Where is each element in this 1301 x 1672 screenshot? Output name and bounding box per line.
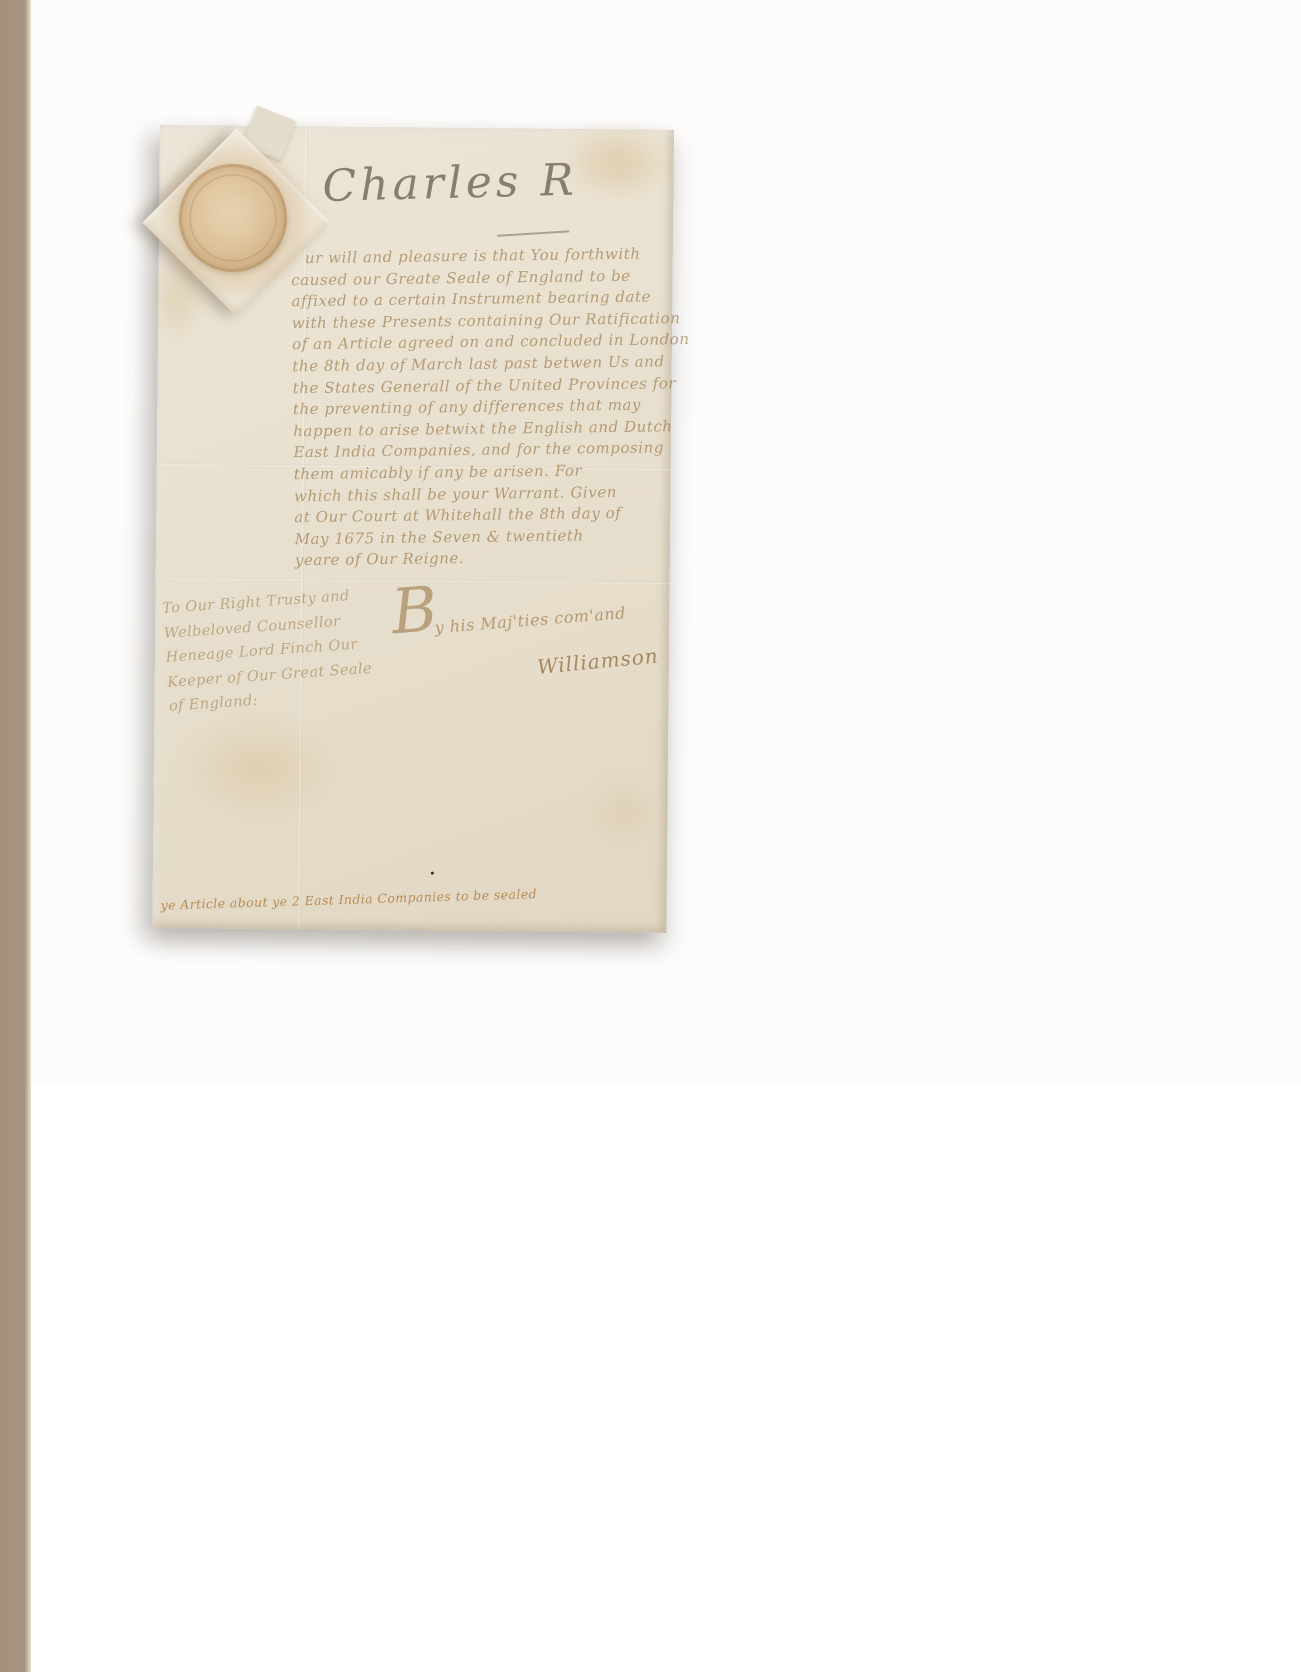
wax-seal-icon [179,164,287,272]
body-line: yeare of Our Reigne. [295,545,693,572]
address-block: To Our Right Trusty and Welbeloved Couns… [161,583,374,719]
authorization-line: B y his Maj'ties com'and [389,563,626,643]
secretary-signature: Williamson [536,643,660,678]
stain-bottom-left [171,710,347,827]
signature-flourish [497,222,569,236]
body-text-block: ur will and pleasure is that You forthwi… [291,243,693,572]
byline-text: y his Maj'ties com'and [434,601,627,640]
stain-bottom-right [581,777,667,850]
page: Charles R ur will and pleasure is that Y… [0,0,1301,1672]
byline-initial: B [389,578,439,643]
left-margin-stripe [0,0,31,1672]
docket-line: ye Article about ye 2 East India Compani… [160,886,537,912]
ink-speck [431,872,434,875]
royal-signature: Charles R [322,155,578,212]
